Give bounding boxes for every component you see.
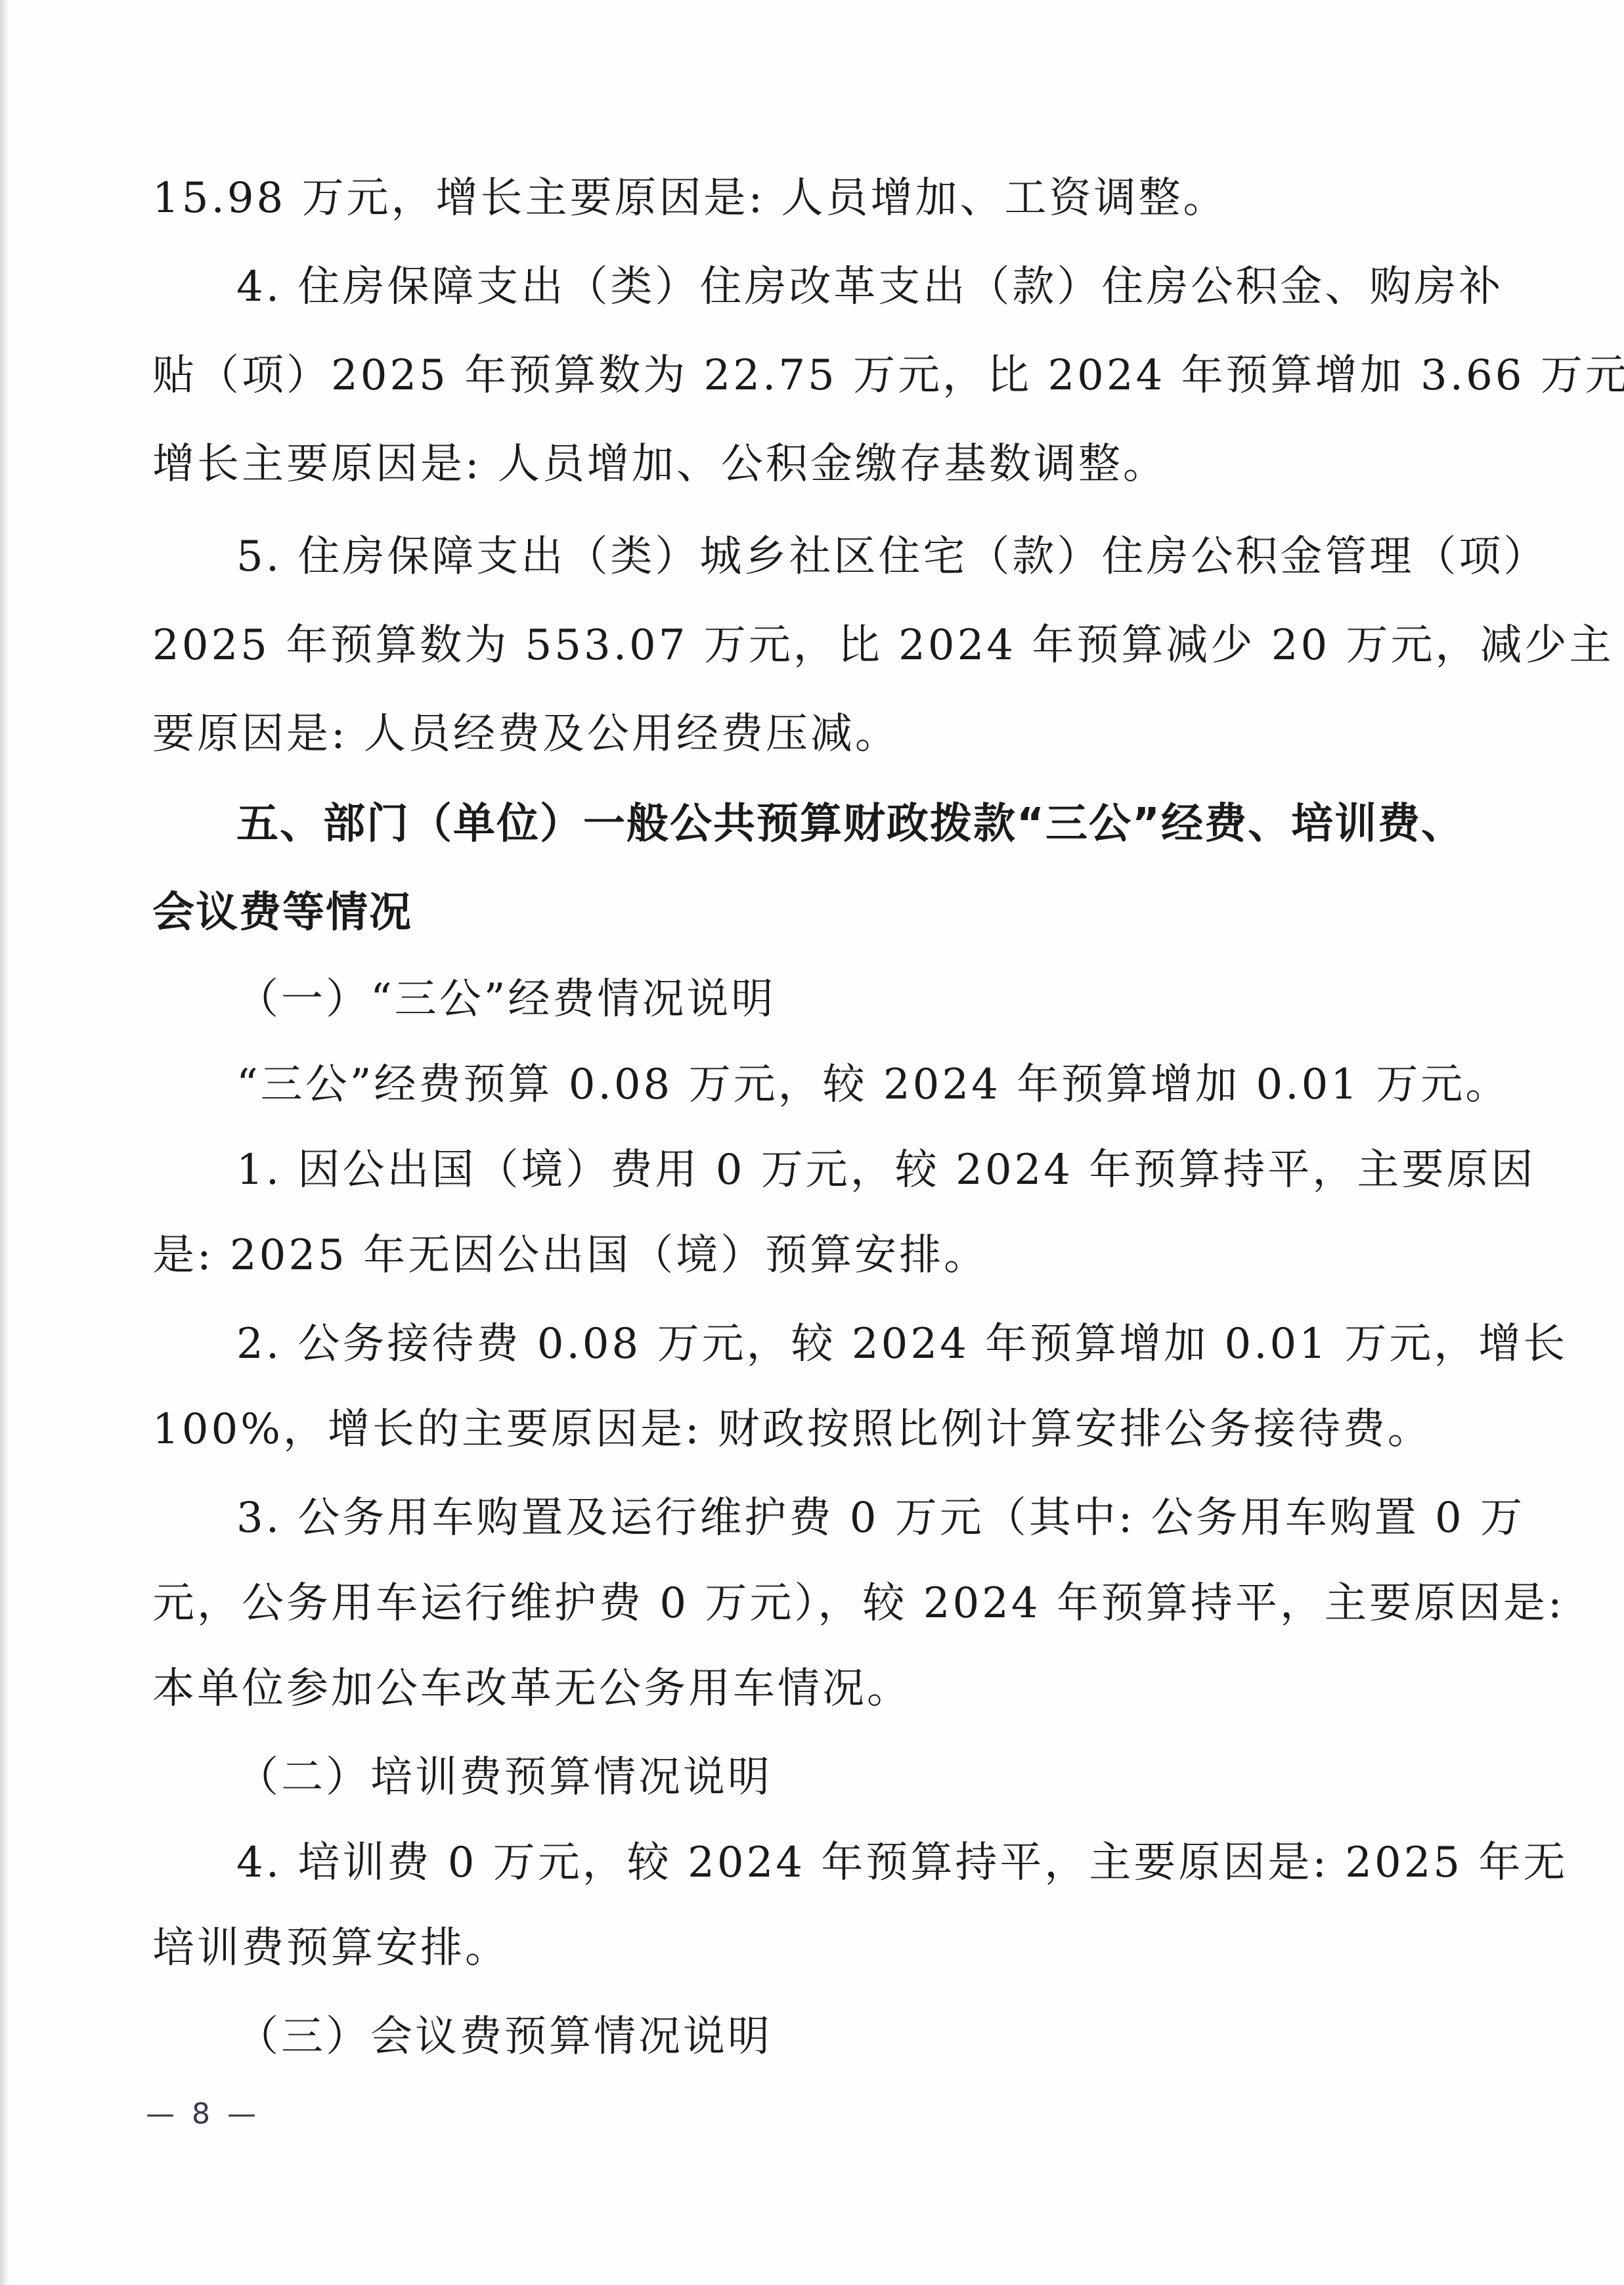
paragraph-line: 元，公务用车运行维护费 0 万元），较 2024 年预算持平，主要原因是: <box>152 1577 1472 1630</box>
paragraph-line: 15.98 万元，增长主要原因是: 人员增加、工资调整。 <box>152 172 1472 225</box>
paragraph-line: 2025 年预算数为 553.07 万元，比 2024 年预算减少 20 万元，… <box>152 619 1472 672</box>
paragraph-line: 本单位参加公车改革无公务用车情况。 <box>152 1663 1472 1715</box>
paragraph-line: 培训费预算安排。 <box>152 1922 1472 1974</box>
section-heading: 五、部门（单位）一般公共预算财政拨款“三公”经费、培训费、 <box>236 798 1556 850</box>
paragraph-line: 贴（项）2025 年预算数为 22.75 万元，比 2024 年预算增加 3.6… <box>152 349 1472 402</box>
document-page: 15.98 万元，增长主要原因是: 人员增加、工资调整。 4. 住房保障支出（类… <box>0 0 1624 2285</box>
subsection-heading: （三）会议费预算情况说明 <box>236 2011 1556 2063</box>
page-number: — 8 — <box>146 2095 260 2134</box>
scan-edge-shadow <box>0 0 9 2285</box>
paragraph-line: 5. 住房保障支出（类）城乡社区住宅（款）住房公积金管理（项） <box>236 531 1556 583</box>
section-heading: 会议费等情况 <box>152 886 1472 939</box>
paragraph-line: 增长主要原因是: 人员增加、公积金缴存基数调整。 <box>152 438 1472 490</box>
paragraph-line: 2. 公务接待费 0.08 万元，较 2024 年预算增加 0.01 万元，增长 <box>236 1318 1556 1370</box>
subsection-heading: （二）培训费预算情况说明 <box>236 1751 1556 1804</box>
paragraph-line: 4. 培训费 0 万元，较 2024 年预算持平，主要原因是: 2025 年无 <box>236 1837 1556 1889</box>
paragraph-line: 是: 2025 年无因公出国（境）预算安排。 <box>152 1229 1472 1282</box>
paragraph-line: “三公”经费预算 0.08 万元，较 2024 年预算增加 0.01 万元。 <box>236 1058 1556 1111</box>
paragraph-line: 4. 住房保障支出（类）住房改革支出（款）住房公积金、购房补 <box>236 261 1556 313</box>
paragraph-line: 要原因是: 人员经费及公用经费压减。 <box>152 708 1472 760</box>
paragraph-line: 100%，增长的主要原因是: 财政按照比例计算安排公务接待费。 <box>152 1403 1472 1456</box>
subsection-heading: （一）“三公”经费情况说明 <box>236 973 1556 1026</box>
paragraph-line: 1. 因公出国（境）费用 0 万元，较 2024 年预算持平，主要原因 <box>236 1144 1556 1196</box>
paragraph-line: 3. 公务用车购置及运行维护费 0 万元（其中: 公务用车购置 0 万 <box>236 1492 1556 1544</box>
